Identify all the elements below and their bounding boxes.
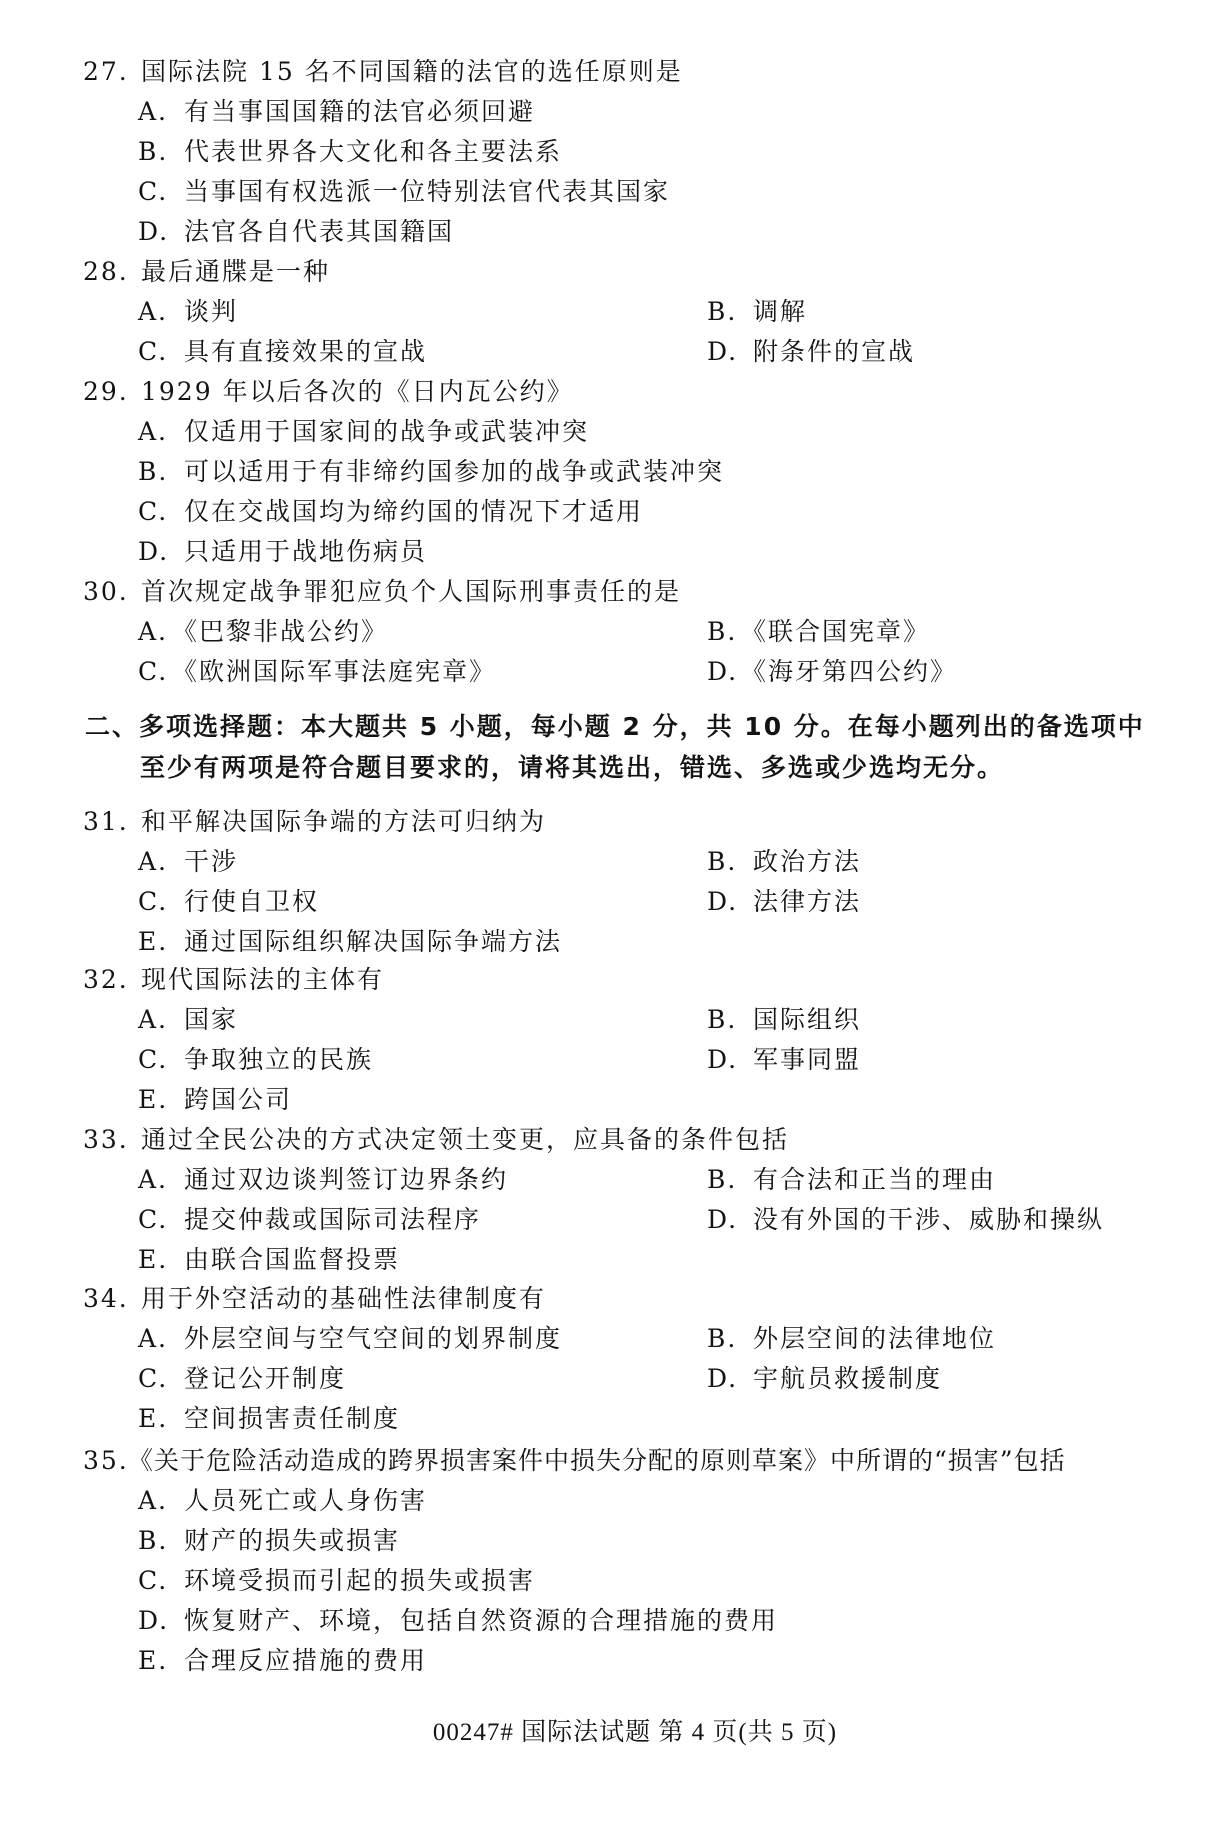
option-b: B.外层空间的法律地位 bbox=[707, 1319, 996, 1359]
option-c: C.具有直接效果的宣战 bbox=[138, 332, 427, 372]
option-text: 军事同盟 bbox=[753, 1045, 861, 1074]
option-label: C. bbox=[138, 1200, 184, 1240]
option-c: C.环境受损而引起的损失或损害 bbox=[138, 1561, 535, 1601]
option-label: D. bbox=[707, 1040, 753, 1080]
option-d: D.法官各自代表其国籍国 bbox=[138, 212, 454, 252]
option-e: E.由联合国监督投票 bbox=[138, 1240, 400, 1280]
option-text: 仅在交战国均为缔约国的情况下才适用 bbox=[184, 497, 643, 526]
question-number: 27. bbox=[83, 52, 129, 92]
question-number: 33. bbox=[83, 1120, 129, 1160]
option-label: E. bbox=[138, 1080, 184, 1120]
option-b: B.《联合国宪章》 bbox=[707, 612, 930, 652]
option-c: C.行使自卫权 bbox=[138, 882, 319, 922]
option-text: 国家 bbox=[184, 1005, 238, 1034]
option-text: 恢复财产、环境，包括自然资源的合理措施的费用 bbox=[184, 1606, 778, 1635]
option-text: 可以适用于有非缔约国参加的战争或武装冲突 bbox=[184, 457, 724, 486]
option-label: B. bbox=[707, 292, 753, 332]
option-text: 环境受损而引起的损失或损害 bbox=[184, 1566, 535, 1595]
option-text: 争取独立的民族 bbox=[184, 1045, 373, 1074]
option-text: 国际组织 bbox=[753, 1005, 861, 1034]
option-text: 《联合国宪章》 bbox=[741, 617, 930, 646]
option-label: A. bbox=[138, 412, 184, 452]
option-d: D.附条件的宣战 bbox=[707, 332, 915, 372]
option-text: 空间损害责任制度 bbox=[184, 1404, 400, 1433]
option-label: B. bbox=[707, 1160, 753, 1200]
option-label: C. bbox=[138, 1561, 184, 1601]
option-a: A.仅适用于国家间的战争或武装冲突 bbox=[138, 412, 589, 452]
option-c: C.登记公开制度 bbox=[138, 1359, 346, 1399]
option-text: 代表世界各大文化和各主要法系 bbox=[184, 137, 562, 166]
option-text: 没有外国的干涉、威胁和操纵 bbox=[753, 1205, 1104, 1234]
option-label: A. bbox=[138, 292, 184, 332]
option-c: C.《欧洲国际军事法庭宪章》 bbox=[138, 652, 496, 692]
option-b: B.财产的损失或损害 bbox=[138, 1521, 400, 1561]
option-label: D. bbox=[138, 532, 184, 572]
option-label: E. bbox=[138, 1240, 184, 1280]
question-number: 31. bbox=[83, 802, 129, 842]
option-c: C.提交仲裁或国际司法程序 bbox=[138, 1200, 481, 1240]
option-label: D. bbox=[707, 882, 753, 922]
question-stem: 国际法院 15 名不同国籍的法官的选任原则是 bbox=[141, 52, 683, 92]
option-d: D.没有外国的干涉、威胁和操纵 bbox=[707, 1200, 1104, 1240]
option-b: B.可以适用于有非缔约国参加的战争或武装冲突 bbox=[138, 452, 724, 492]
option-text: 外层空间与空气空间的划界制度 bbox=[184, 1324, 562, 1353]
option-label: B. bbox=[707, 612, 741, 652]
option-d: D.宇航员救援制度 bbox=[707, 1359, 942, 1399]
option-a: A.国家 bbox=[138, 1000, 238, 1040]
question-stem-line: 28. 最后通牒是一种 bbox=[0, 252, 1205, 292]
question-stem-line: 32. 现代国际法的主体有 bbox=[0, 960, 1205, 1000]
option-text: 跨国公司 bbox=[184, 1085, 292, 1114]
option-label: E. bbox=[138, 922, 184, 962]
page-footer: 00247# 国际法试题 第 4 页(共 5 页) bbox=[0, 1713, 1205, 1753]
option-b: B.政治方法 bbox=[707, 842, 861, 882]
option-label: A. bbox=[138, 1000, 184, 1040]
question-stem: 《关于危险活动造成的跨界损害案件中损失分配的原则草案》中所谓的“损害”包括 bbox=[128, 1441, 1066, 1481]
question-stem-line: 30. 首次规定战争罪犯应负个人国际刑事责任的是 bbox=[0, 572, 1205, 612]
option-text: 通过国际组织解决国际争端方法 bbox=[184, 927, 562, 956]
option-text: 《欧洲国际军事法庭宪章》 bbox=[172, 657, 496, 686]
option-text: 登记公开制度 bbox=[184, 1364, 346, 1393]
question-stem: 首次规定战争罪犯应负个人国际刑事责任的是 bbox=[141, 572, 681, 612]
option-e: E.空间损害责任制度 bbox=[138, 1399, 400, 1439]
option-a: A.通过双边谈判签订边界条约 bbox=[138, 1160, 508, 1200]
question-stem-line: 33. 通过全民公决的方式决定领土变更，应具备的条件包括 bbox=[0, 1120, 1205, 1160]
option-text: 政治方法 bbox=[753, 847, 861, 876]
option-label: D. bbox=[707, 1359, 753, 1399]
question-stem: 通过全民公决的方式决定领土变更，应具备的条件包括 bbox=[141, 1120, 789, 1160]
option-text: 干涉 bbox=[184, 847, 238, 876]
option-text: 仅适用于国家间的战争或武装冲突 bbox=[184, 417, 589, 446]
question-stem: 1929 年以后各次的《日内瓦公约》 bbox=[141, 372, 574, 412]
option-text: 《巴黎非战公约》 bbox=[172, 617, 388, 646]
option-label: A. bbox=[138, 1160, 184, 1200]
option-label: B. bbox=[707, 842, 753, 882]
option-text: 由联合国监督投票 bbox=[184, 1245, 400, 1274]
option-text: 合理反应措施的费用 bbox=[184, 1646, 427, 1675]
question-stem: 现代国际法的主体有 bbox=[141, 960, 384, 1000]
option-label: C. bbox=[138, 652, 172, 692]
question-stem: 最后通牒是一种 bbox=[141, 252, 330, 292]
option-b: B.有合法和正当的理由 bbox=[707, 1160, 996, 1200]
option-label: D. bbox=[707, 1200, 753, 1240]
question-number: 32. bbox=[83, 960, 129, 1000]
option-label: D. bbox=[707, 332, 753, 372]
option-text: 具有直接效果的宣战 bbox=[184, 337, 427, 366]
question-number: 34. bbox=[83, 1279, 129, 1319]
option-label: A. bbox=[138, 1481, 184, 1521]
option-d: D.《海牙第四公约》 bbox=[707, 652, 957, 692]
option-text: 外层空间的法律地位 bbox=[753, 1324, 996, 1353]
option-a: A.《巴黎非战公约》 bbox=[138, 612, 388, 652]
option-text: 只适用于战地伤病员 bbox=[184, 537, 427, 566]
question-stem-line: 35. 《关于危险活动造成的跨界损害案件中损失分配的原则草案》中所谓的“损害”包… bbox=[0, 1441, 1205, 1481]
option-label: B. bbox=[707, 1000, 753, 1040]
option-a: A.人员死亡或人身伤害 bbox=[138, 1481, 427, 1521]
question-stem-line: 34. 用于外空活动的基础性法律制度有 bbox=[0, 1279, 1205, 1319]
question-stem: 和平解决国际争端的方法可归纳为 bbox=[141, 802, 546, 842]
exam-page: 27. 国际法院 15 名不同国籍的法官的选任原则是 A.有当事国国籍的法官必须… bbox=[0, 0, 1205, 1823]
option-label: C. bbox=[138, 492, 184, 532]
option-label: C. bbox=[138, 172, 184, 212]
option-label: E. bbox=[138, 1399, 184, 1439]
question-number: 28. bbox=[83, 252, 129, 292]
option-label: B. bbox=[138, 1521, 184, 1561]
option-text: 行使自卫权 bbox=[184, 887, 319, 916]
option-c: C.争取独立的民族 bbox=[138, 1040, 373, 1080]
question-stem-line: 27. 国际法院 15 名不同国籍的法官的选任原则是 bbox=[0, 52, 1205, 92]
question-number: 30. bbox=[83, 572, 129, 612]
option-text: 提交仲裁或国际司法程序 bbox=[184, 1205, 481, 1234]
option-c: C.仅在交战国均为缔约国的情况下才适用 bbox=[138, 492, 643, 532]
option-c: C.当事国有权选派一位特别法官代表其国家 bbox=[138, 172, 670, 212]
option-text: 《海牙第四公约》 bbox=[741, 657, 957, 686]
option-label: D. bbox=[138, 212, 184, 252]
option-text: 法官各自代表其国籍国 bbox=[184, 217, 454, 246]
option-text: 谈判 bbox=[184, 297, 238, 326]
option-text: 有当事国国籍的法官必须回避 bbox=[184, 97, 535, 126]
option-a: A.干涉 bbox=[138, 842, 238, 882]
option-text: 通过双边谈判签订边界条约 bbox=[184, 1165, 508, 1194]
option-b: B.代表世界各大文化和各主要法系 bbox=[138, 132, 562, 172]
option-label: A. bbox=[138, 92, 184, 132]
option-label: D. bbox=[138, 1601, 184, 1641]
option-label: D. bbox=[707, 652, 741, 692]
option-a: A.有当事国国籍的法官必须回避 bbox=[138, 92, 535, 132]
option-b: B.调解 bbox=[707, 292, 807, 332]
option-a: A.谈判 bbox=[138, 292, 238, 332]
option-label: B. bbox=[138, 452, 184, 492]
option-e: E.合理反应措施的费用 bbox=[138, 1641, 427, 1681]
option-text: 财产的损失或损害 bbox=[184, 1526, 400, 1555]
option-e: E.通过国际组织解决国际争端方法 bbox=[138, 922, 562, 962]
option-label: E. bbox=[138, 1641, 184, 1681]
option-label: C. bbox=[138, 332, 184, 372]
question-stem: 用于外空活动的基础性法律制度有 bbox=[141, 1279, 546, 1319]
option-text: 附条件的宣战 bbox=[753, 337, 915, 366]
option-text: 宇航员救援制度 bbox=[753, 1364, 942, 1393]
option-d: D.恢复财产、环境，包括自然资源的合理措施的费用 bbox=[138, 1601, 778, 1641]
option-label: B. bbox=[138, 132, 184, 172]
option-b: B.国际组织 bbox=[707, 1000, 861, 1040]
question-number: 29. bbox=[83, 372, 129, 412]
option-text: 法律方法 bbox=[753, 887, 861, 916]
option-d: D.只适用于战地伤病员 bbox=[138, 532, 427, 572]
option-text: 当事国有权选派一位特别法官代表其国家 bbox=[184, 177, 670, 206]
option-e: E.跨国公司 bbox=[138, 1080, 292, 1120]
option-text: 有合法和正当的理由 bbox=[753, 1165, 996, 1194]
option-text: 调解 bbox=[753, 297, 807, 326]
option-label: A. bbox=[138, 1319, 184, 1359]
option-label: C. bbox=[138, 1359, 184, 1399]
option-text: 人员死亡或人身伤害 bbox=[184, 1486, 427, 1515]
option-d: D.军事同盟 bbox=[707, 1040, 861, 1080]
option-label: C. bbox=[138, 882, 184, 922]
option-label: A. bbox=[138, 612, 172, 652]
option-label: A. bbox=[138, 842, 184, 882]
option-a: A.外层空间与空气空间的划界制度 bbox=[138, 1319, 562, 1359]
question-number: 35. bbox=[83, 1441, 129, 1481]
question-stem-line: 29. 1929 年以后各次的《日内瓦公约》 bbox=[0, 372, 1205, 412]
option-label: B. bbox=[707, 1319, 753, 1359]
option-label: C. bbox=[138, 1040, 184, 1080]
section-instructions-line-2: 至少有两项是符合题目要求的，请将其选出，错选、多选或少选均无分。 bbox=[140, 748, 1004, 788]
question-stem-line: 31. 和平解决国际争端的方法可归纳为 bbox=[0, 802, 1205, 842]
section-instructions-line-1: 二、多项选择题：本大题共 5 小题，每小题 2 分，共 10 分。在每小题列出的… bbox=[85, 707, 1145, 747]
option-d: D.法律方法 bbox=[707, 882, 861, 922]
